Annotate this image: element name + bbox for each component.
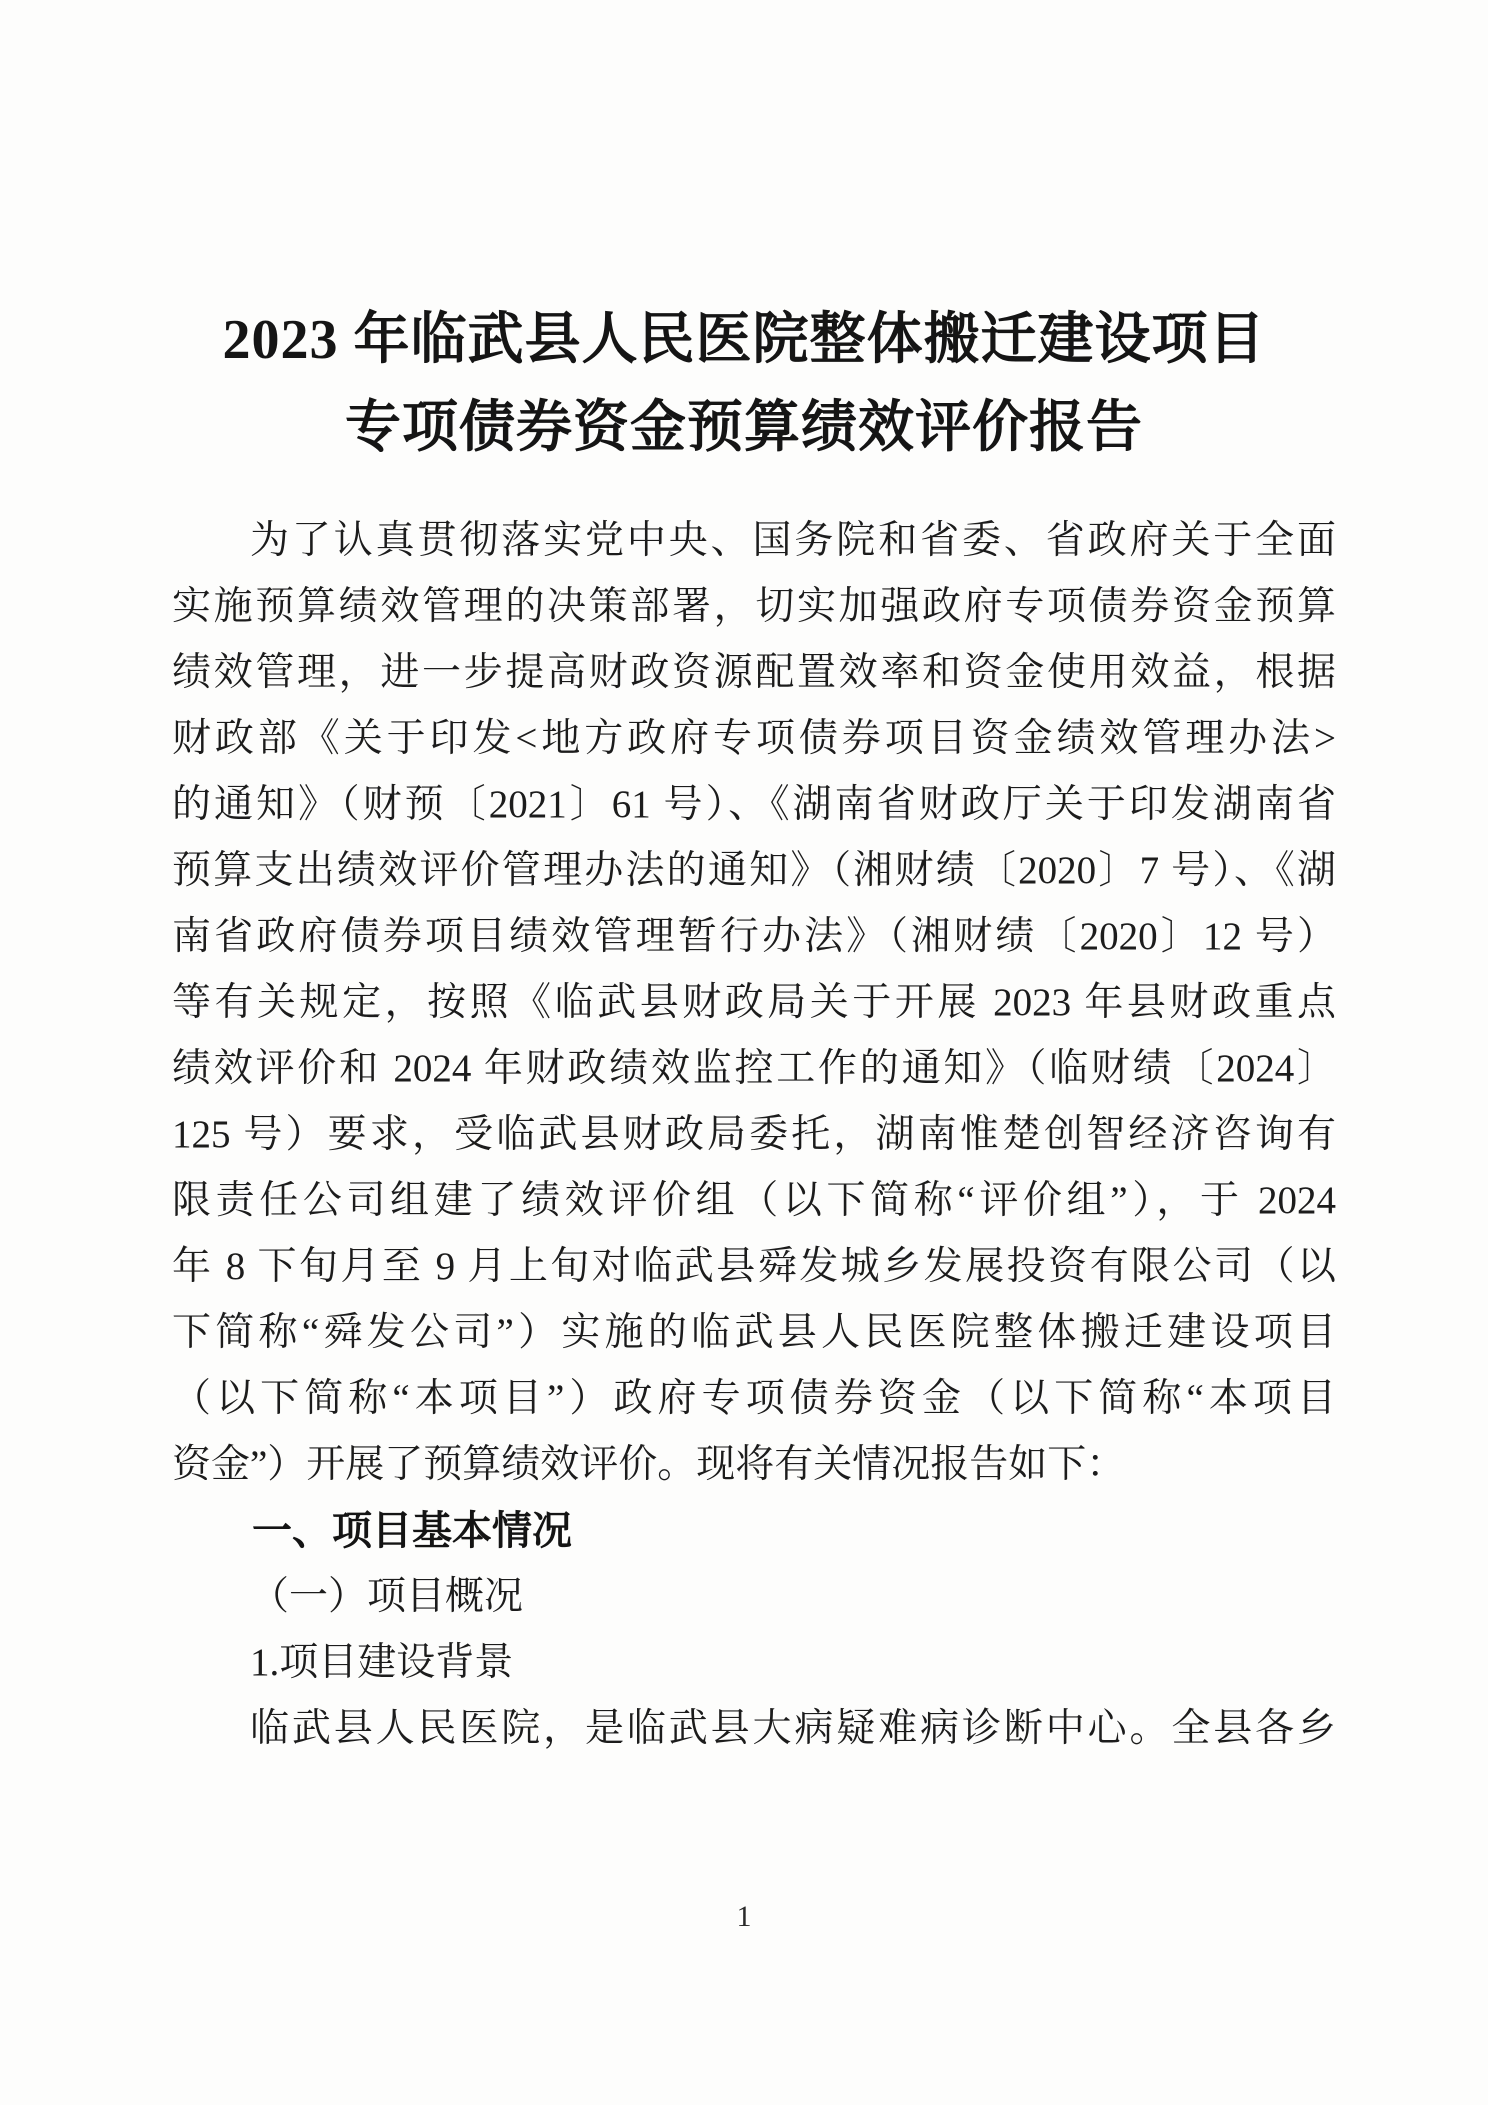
page-number: 1 — [0, 1900, 1488, 1934]
paragraph-line: 绩效管理，进一步提高财政资源配置效率和资金使用效益，根据 — [172, 640, 1336, 706]
paragraph-line: 下简称“舜发公司”）实施的临武县人民医院整体搬迁建设项目 — [172, 1300, 1336, 1366]
paragraph-line: 的通知》（财预〔2021〕61 号）、《湖南省财政厅关于印发湖南省 — [172, 772, 1336, 838]
paragraph-line: 南省政府债券项目绩效管理暂行办法》（湘财绩〔2020〕12 号） — [172, 904, 1336, 970]
paragraph-line: 财政部《关于印发<地方政府专项债券项目资金绩效管理办法> — [172, 706, 1336, 772]
document-body: 为了认真贯彻落实党中央、国务院和省委、省政府关于全面 实施预算绩效管理的决策部署… — [172, 508, 1336, 1762]
paragraph-line: 临武县人民医院，是临武县大病疑难病诊断中心。全县各乡 — [172, 1696, 1336, 1762]
paragraph-line: 等有关规定，按照《临武县财政局关于开展 2023 年县财政重点 — [172, 970, 1336, 1036]
paragraph-line: 预算支出绩效评价管理办法的通知》（湘财绩〔2020〕7 号）、《湖 — [172, 838, 1336, 904]
paragraph-line: 年 8 下旬月至 9 月上旬对临武县舜发城乡发展投资有限公司（以 — [172, 1234, 1336, 1300]
paragraph-line: 为了认真贯彻落实党中央、国务院和省委、省政府关于全面 — [172, 508, 1336, 574]
subsection-heading-overview: （一）项目概况 — [172, 1564, 1336, 1630]
subsection-heading-background: 1.项目建设背景 — [172, 1630, 1336, 1696]
paragraph-line: 实施预算绩效管理的决策部署，切实加强政府专项债券资金预算 — [172, 574, 1336, 640]
document-title: 2023 年临武县人民医院整体搬迁建设项目 专项债券资金预算绩效评价报告 — [0, 0, 1488, 472]
document-title-line2: 专项债券资金预算绩效评价报告 — [0, 384, 1488, 472]
paragraph-line: （以下简称“本项目”）政府专项债券资金（以下简称“本项目 — [172, 1366, 1336, 1432]
document-page: 2023 年临武县人民医院整体搬迁建设项目 专项债券资金预算绩效评价报告 为了认… — [0, 0, 1488, 2105]
document-title-line1: 2023 年临武县人民医院整体搬迁建设项目 — [0, 296, 1488, 384]
paragraph-line: 限责任公司组建了绩效评价组（以下简称“评价组”），于 2024 — [172, 1168, 1336, 1234]
paragraph-line: 资金”）开展了预算绩效评价。现将有关情况报告如下： — [172, 1432, 1336, 1498]
section-heading-basic-info: 一、项目基本情况 — [172, 1498, 1336, 1564]
paragraph-line: 绩效评价和 2024 年财政绩效监控工作的通知》（临财绩〔2024〕 — [172, 1036, 1336, 1102]
paragraph-line: 125 号）要求，受临武县财政局委托，湖南惟楚创智经济咨询有 — [172, 1102, 1336, 1168]
